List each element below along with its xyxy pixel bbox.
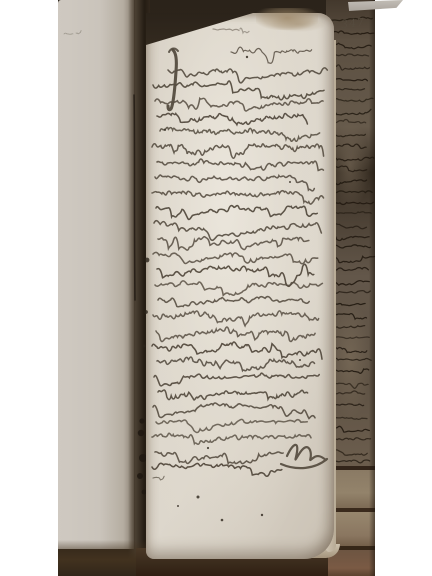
parchment-right-shadow: [369, 0, 375, 576]
facing-page-bottom-shadow: [58, 540, 148, 576]
parchment-light-patch: [330, 120, 370, 210]
manuscript-page: [146, 13, 334, 559]
manuscript-photo-frame: 347: [0, 0, 432, 576]
facing-page-edge: [58, 0, 134, 549]
photograph: [58, 0, 375, 576]
tan-stain: [256, 8, 318, 30]
